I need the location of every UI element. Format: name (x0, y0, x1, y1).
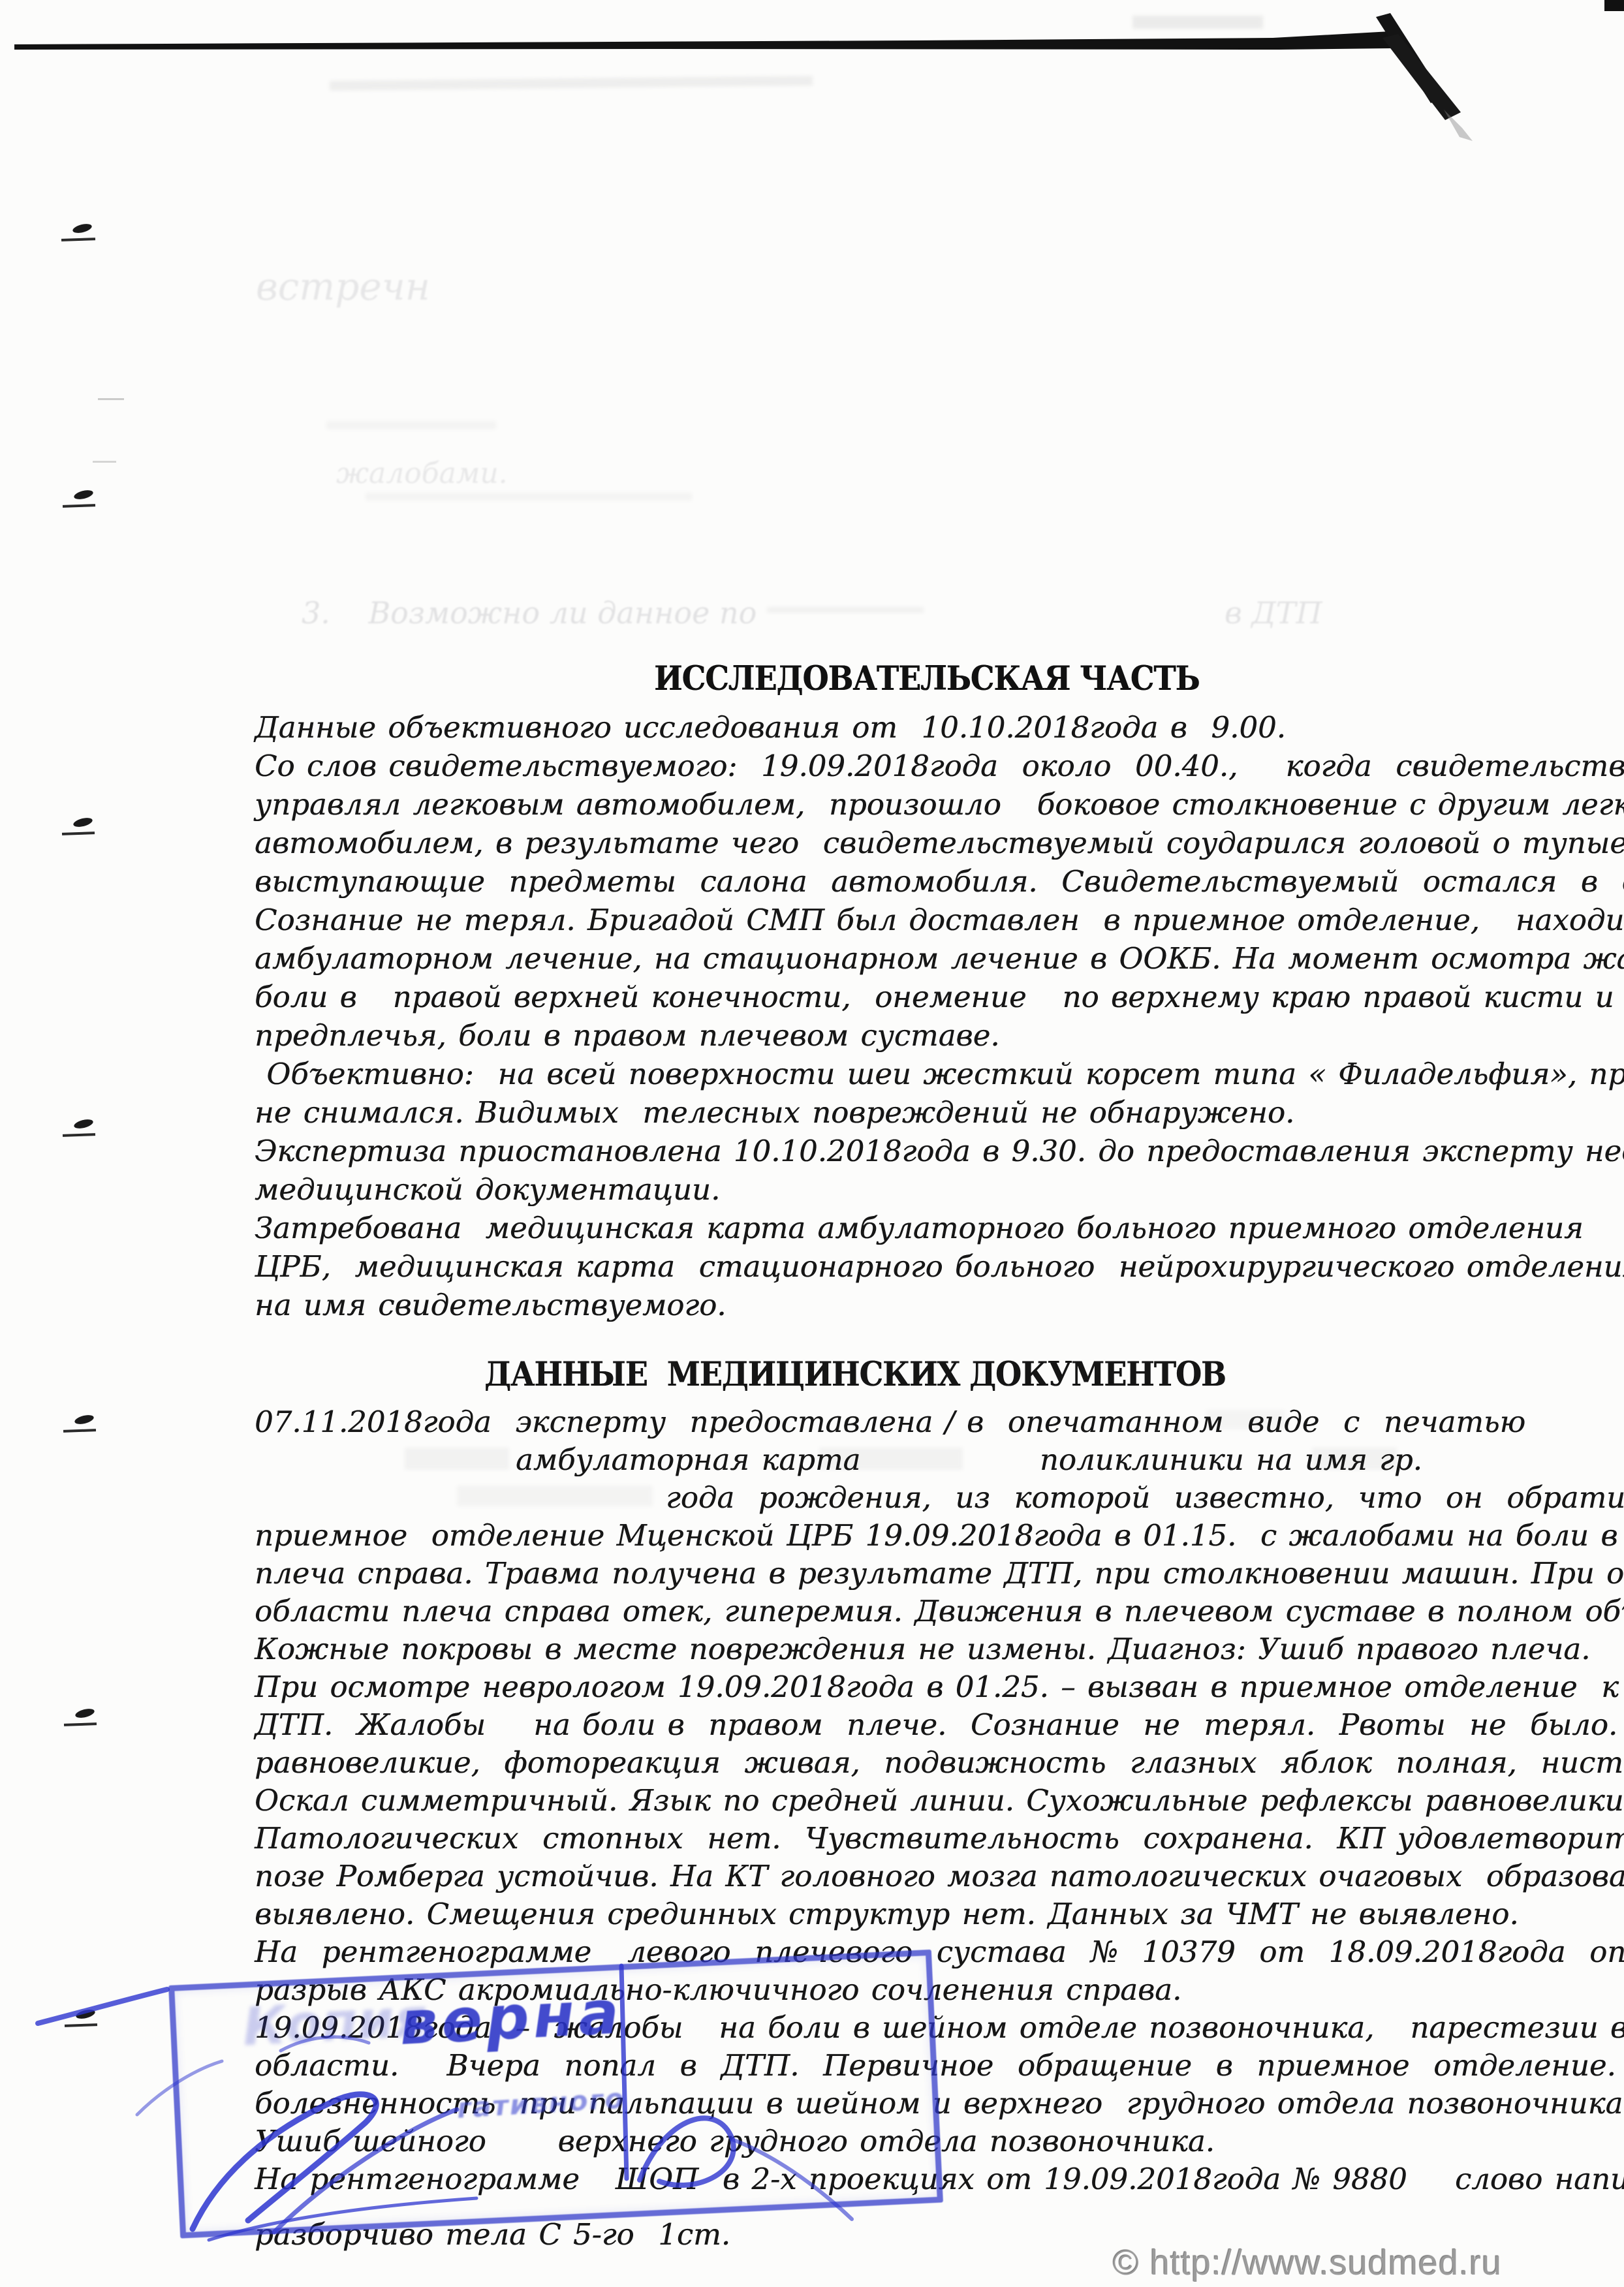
pen-stroke-fade (1444, 110, 1473, 141)
text-line: Кожные покровы в месте повреждения не из… (255, 1630, 1567, 1668)
text-line: ДТП. Жалобы на боли в правом плече. Созн… (255, 1706, 1567, 1744)
text-line: плеча справа. Травма получена в результа… (255, 1555, 1567, 1593)
text-line: ЦРБ, медицинская карта стационарного бол… (255, 1247, 1567, 1286)
signature-stroke (38, 1989, 167, 2023)
text-line: Оскал симметричный. Язык по средней лини… (255, 1782, 1567, 1820)
section-heading-research: ИССЛЕДОВАТЕЛЬСКАЯ ЧАСТЬ (654, 659, 1199, 698)
ghost-word-opposing: встречн (256, 264, 430, 309)
ghost-text-bar (366, 493, 692, 501)
text-line: Со слов свидетельствуемого: 19.09.2018го… (255, 747, 1567, 785)
top-rule-line (14, 31, 1392, 50)
text-line: 07.11.2018года эксперту предоставлена / … (255, 1403, 1567, 1441)
text-line: медицинской документации. (255, 1170, 1567, 1209)
text-line: амбулаторном лечение, на стационарном ле… (255, 939, 1567, 978)
text-line: позе Ромберга устойчив. На КТ головного … (255, 1858, 1567, 1895)
text-line: не снимался. Видимых телесных повреждени… (255, 1093, 1567, 1132)
ghost-word-complaint: жалобами. (336, 457, 508, 490)
margin-marks (61, 223, 124, 2027)
text-line: Патологических стопных нет. Чувствительн… (255, 1820, 1567, 1858)
text-line: автомобилем, в результате чего свидетель… (255, 824, 1567, 862)
site-watermark: © http://www.sudmed.ru (1113, 2243, 1502, 2283)
pen-stroke-icon (1376, 13, 1444, 103)
section-heading-medical-documents: ДАННЫЕ МЕДИЦИНСКИХ ДОКУМЕНТОВ (484, 1354, 1226, 1393)
text-line: выявлено. Смещения срединных структур не… (255, 1895, 1567, 1933)
text-line: амбулаторная карта поликлиники на имя гр… (255, 1441, 1567, 1479)
pen-stroke-icon (1382, 34, 1461, 120)
text-line: области плеча справа отек, гиперемия. Дв… (255, 1593, 1567, 1630)
corner-blot (1604, 0, 1624, 11)
text-line: года рождения, из которой известно, что … (255, 1479, 1567, 1517)
text-line: приемное отделение Мценской ЦРБ 19.09.20… (255, 1517, 1567, 1555)
text-line: предплечья, боли в правом плечевом суста… (255, 1016, 1567, 1055)
text-line: При осмотре неврологом 19.09.2018года в … (255, 1668, 1567, 1706)
text-line: боли в правой верхней конечности, онемен… (255, 978, 1567, 1016)
ghost-question-line: 3. Возможно ли данное по (302, 595, 757, 630)
ghost-text-bar (330, 76, 813, 91)
text-line: Экспертиза приостановлена 10.10.2018года… (255, 1132, 1567, 1170)
text-line: равновеликие, фотореакция живая, подвижн… (255, 1744, 1567, 1782)
text-line: Сознание не терял. Бригадой СМП был дост… (255, 901, 1567, 939)
text-line: Объективно: на всей поверхности шеи жест… (255, 1055, 1567, 1093)
ghost-text-bar (326, 421, 496, 429)
text-line: управлял легковым автомобилем, произошло… (255, 785, 1567, 824)
text-line: на имя свидетельствуемого. (255, 1286, 1567, 1324)
text-line: выступающие предметы салона автомобиля. … (255, 862, 1567, 901)
text-line: Данные объективного исследования от 10.1… (255, 708, 1567, 747)
ghost-word-dtp: в ДТП (1225, 595, 1322, 630)
text-line: Затребована медицинская карта амбулаторн… (255, 1209, 1567, 1247)
scanned-document-page: встречн жалобами. 3. Возможно ли данное … (0, 0, 1624, 2287)
stamp-word-verna: верна (398, 1977, 624, 2059)
ghost-text-bar (767, 607, 924, 613)
section1-text-block: Данные объективного исследования от 10.1… (255, 708, 1567, 1324)
ghost-speckle (1132, 16, 1263, 29)
